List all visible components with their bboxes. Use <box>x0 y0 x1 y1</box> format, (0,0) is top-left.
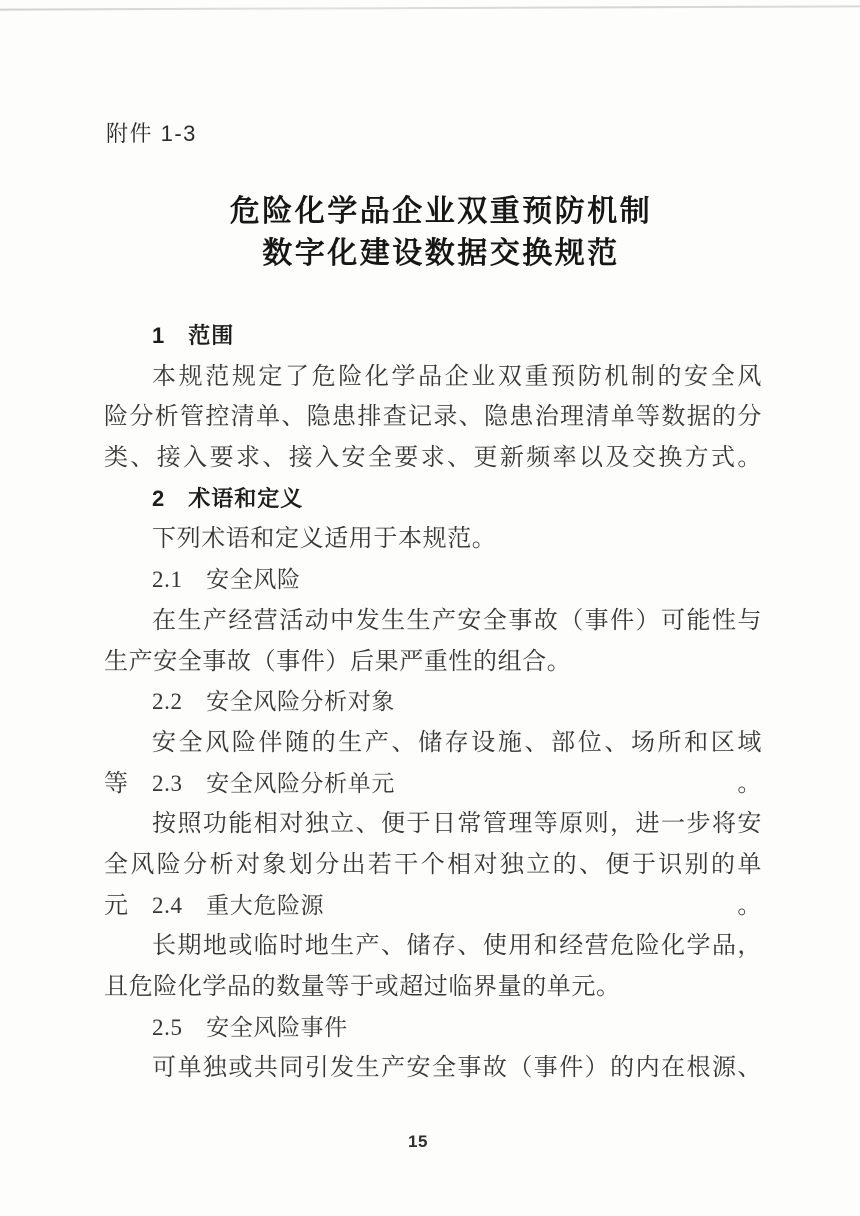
body-line: 下列术语和定义适用于本规范。 <box>104 519 762 560</box>
body-line: 险分析管控清单、隐患排查记录、隐患治理清单等数据的分 <box>104 397 762 438</box>
body-line: 按照功能相对独立、便于日常管理等原则，进一步将安 <box>104 804 762 845</box>
body-line: 生产安全事故（事件）后果严重性的组合。 <box>104 642 762 683</box>
body-line: 可单独或共同引发生产安全事故（事件）的内在根源、 <box>104 1048 762 1089</box>
body-line: 类、接入要求、接入安全要求、更新频率以及交换方式。 <box>104 438 762 479</box>
body-line: 安全风险伴随的生产、储存设施、部位、场所和区域等。 <box>104 723 762 764</box>
attachment-label: 附件 1-3 <box>106 117 197 148</box>
body-line: 本规范规定了危险化学品企业双重预防机制的安全风 <box>104 357 762 398</box>
body-line: 全风险分析对象划分出若干个相对独立的、便于识别的单元。 <box>104 845 762 886</box>
scan-artifact-line <box>0 5 860 10</box>
subsection-heading: 2.1 安全风险 <box>104 560 762 601</box>
body-line: 在生产经营活动中发生生产安全事故（事件）可能性与 <box>104 601 762 642</box>
document-title-line-2: 数字化建设数据交换规范 <box>112 233 770 275</box>
document-title: 危险化学品企业双重预防机制 数字化建设数据交换规范 <box>112 191 770 275</box>
subsection-heading: 2.2 安全风险分析对象 <box>104 682 762 723</box>
document-page: 附件 1-3 危险化学品企业双重预防机制 数字化建设数据交换规范 1 范围本规范… <box>0 0 860 1216</box>
document-title-line-1: 危险化学品企业双重预防机制 <box>112 191 770 233</box>
section-heading: 2 术语和定义 <box>104 479 762 520</box>
section-heading: 1 范围 <box>104 316 762 357</box>
subsection-heading: 2.5 安全风险事件 <box>104 1008 762 1049</box>
document-body: 1 范围本规范规定了危险化学品企业双重预防机制的安全风险分析管控清单、隐患排查记… <box>104 316 762 1089</box>
page-number: 15 <box>0 1132 848 1152</box>
body-line: 长期地或临时地生产、储存、使用和经营危险化学品， <box>104 926 762 967</box>
body-line: 且危险化学品的数量等于或超过临界量的单元。 <box>104 967 762 1008</box>
